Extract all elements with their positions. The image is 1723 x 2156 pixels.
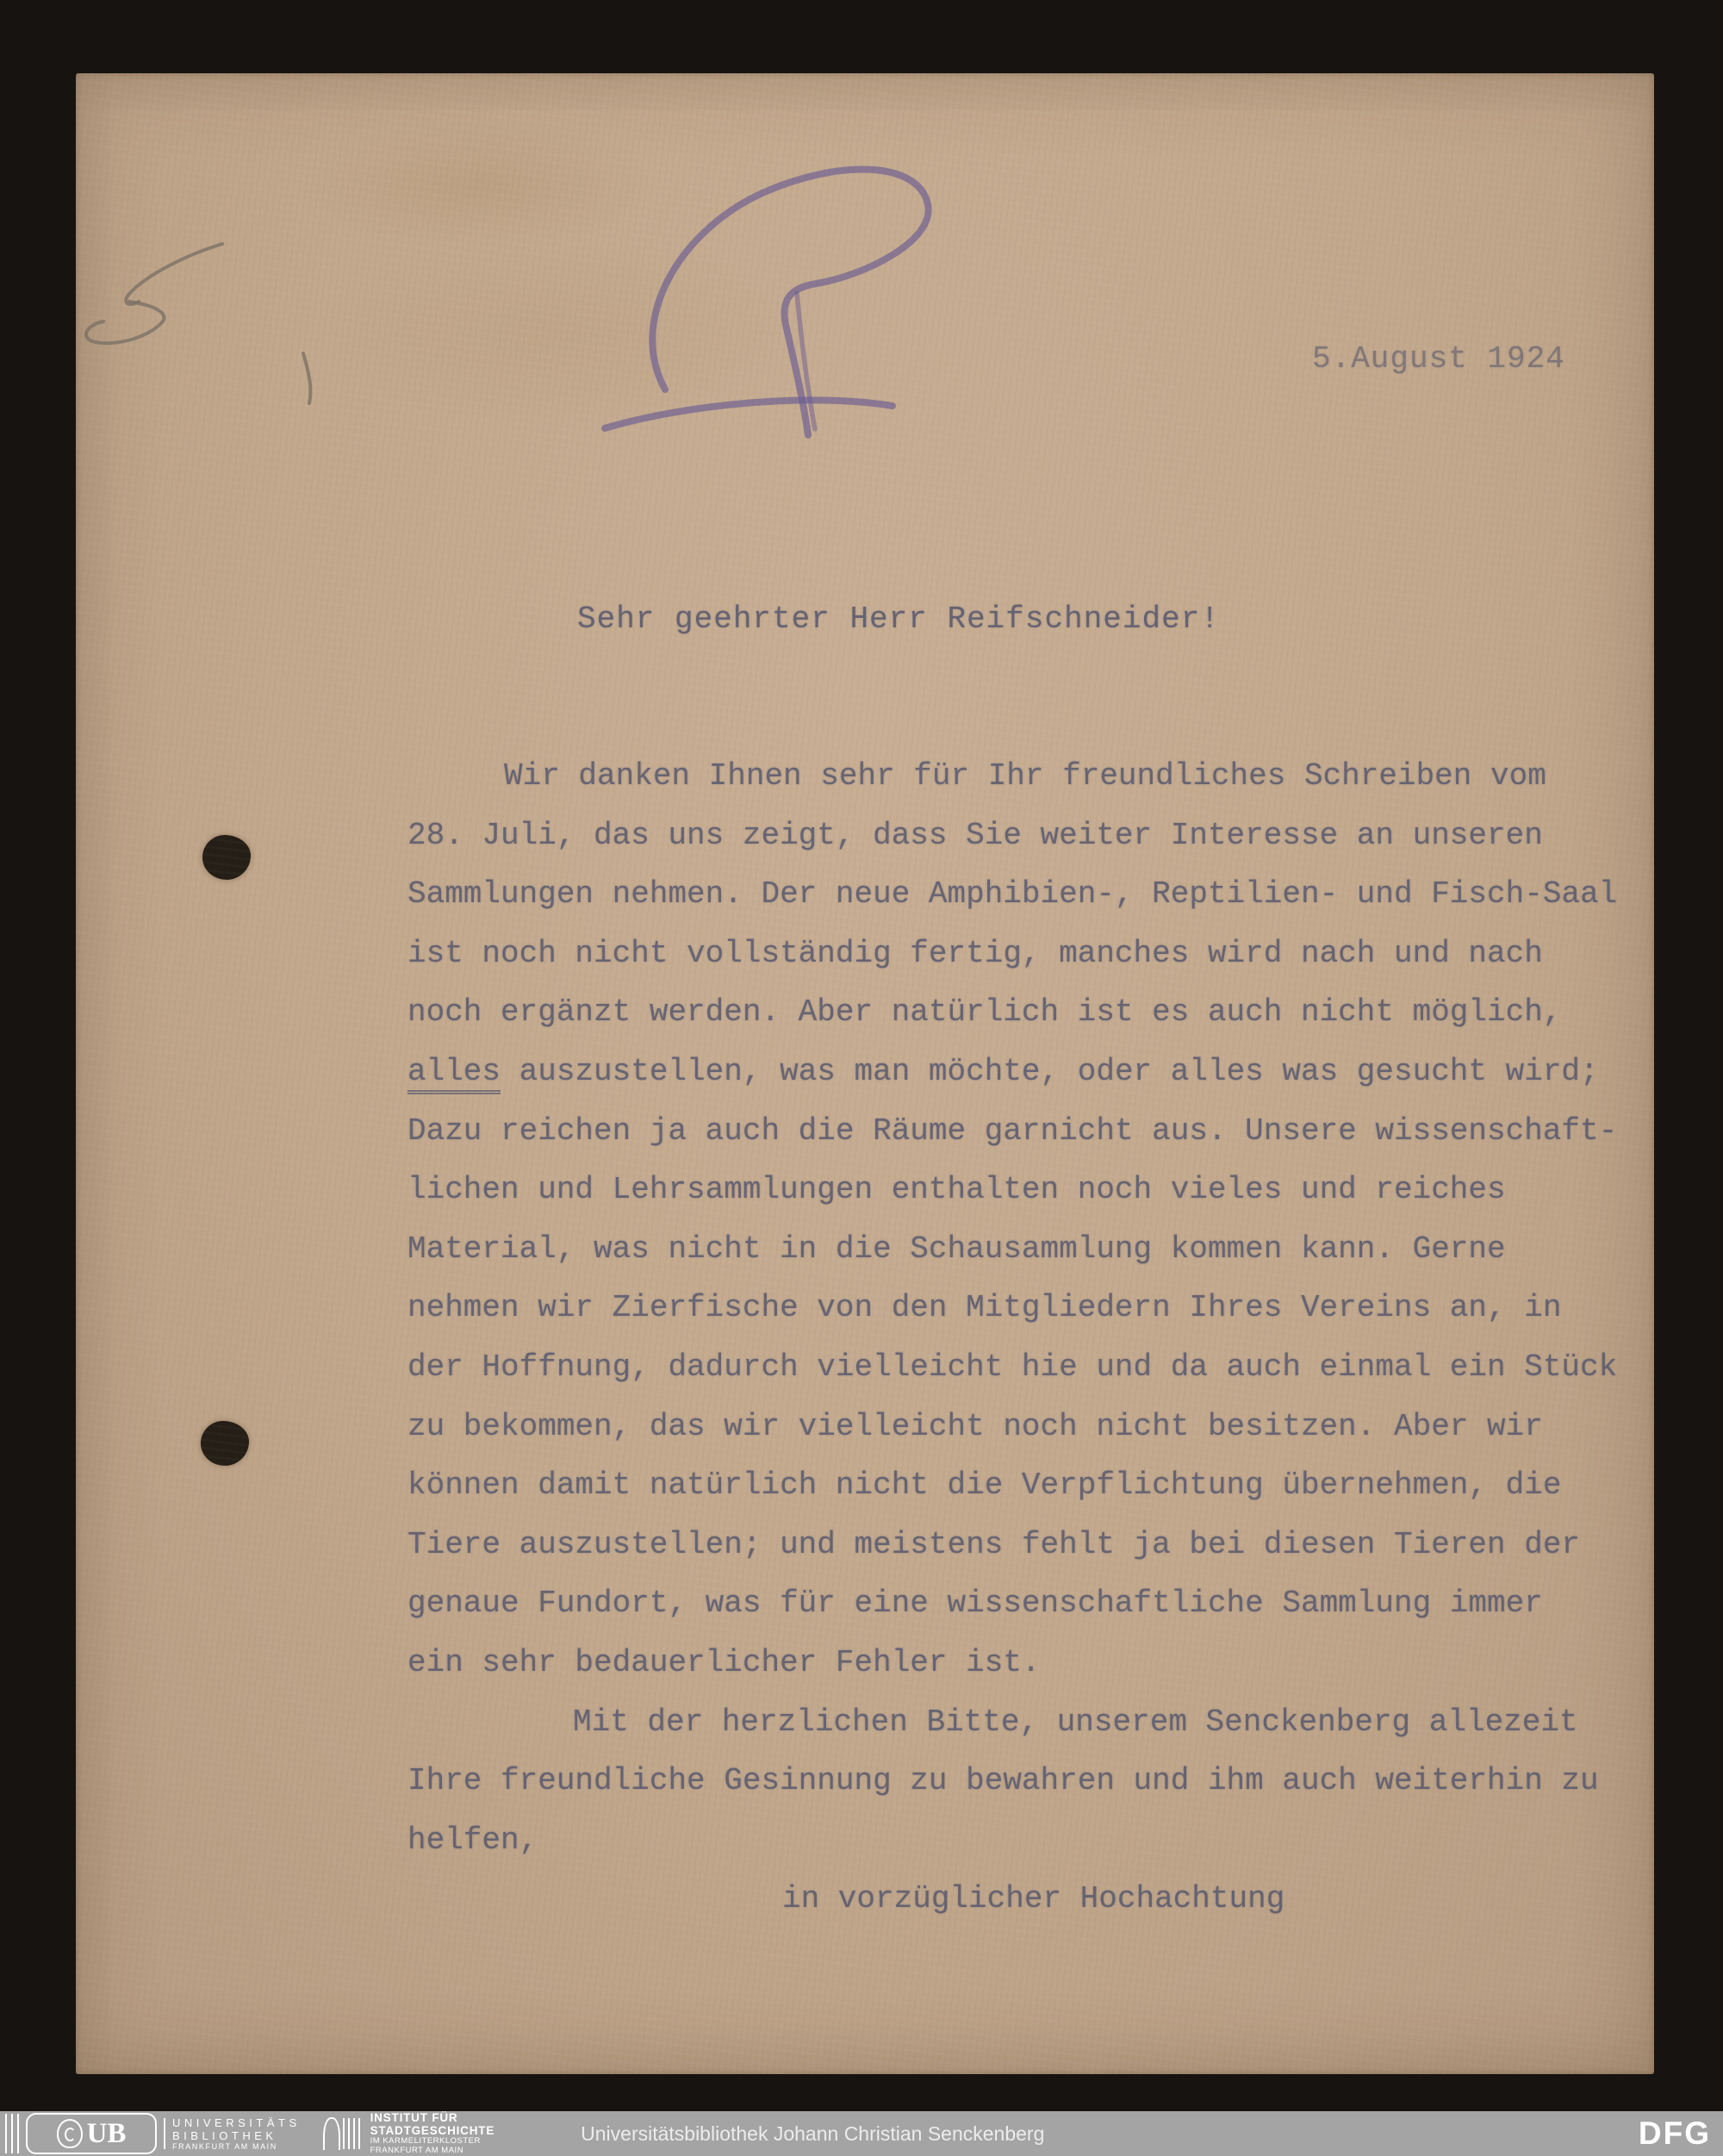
letter-line: der Hoffnung, dadurch vielleicht hie und…: [407, 1338, 1681, 1398]
ub-logo-abbr: UB: [87, 2120, 127, 2148]
library-credit-text: Universitätsbibliothek Johann Christian …: [581, 2122, 1044, 2146]
letter-line: Dazu reichen ja auch die Räume garnicht …: [407, 1102, 1681, 1162]
ub-logo-text: UNIVERSITÄTS BIBLIOTHEK FRANKFURT AM MAI…: [172, 2116, 301, 2152]
letter-line: genaue Fundort, was für eine wissenschaf…: [407, 1574, 1681, 1634]
ub-logo-line: BIBLIOTHEK: [172, 2129, 301, 2142]
scan-viewer: 5.August 1924 Sehr geehrter Herr Reifsch…: [0, 0, 1723, 2156]
underlined-word: alles: [407, 1054, 501, 1094]
ub-portrait-icon: [57, 2119, 83, 2148]
letter-line: lichen und Lehrsammlungen enthalten noch…: [407, 1161, 1681, 1220]
ub-logo-bars-icon: [5, 2114, 22, 2153]
isg-logo-line: STADTGESCHICHTE: [370, 2125, 495, 2138]
isg-logo-line: INSTITUT FÜR: [370, 2112, 495, 2125]
letter-line: zu bekommen, das wir vielleicht noch nic…: [407, 1398, 1681, 1457]
letter-line: noch ergänzt werden. Aber natürlich ist …: [407, 983, 1681, 1043]
punch-hole: [202, 835, 251, 880]
letter-line: Material, was nicht in die Schausammlung…: [407, 1220, 1681, 1280]
letter-body: Wir danken Ihnen sehr für Ihr freundlich…: [407, 747, 1681, 1929]
letter-line: nehmen wir Zierfische von den Mitglieder…: [407, 1279, 1681, 1338]
gothic-arch-icon: [323, 2117, 340, 2150]
letter-line: in vorzüglicher Hochachtung: [407, 1870, 1681, 1929]
isg-logo-line: FRANKFURT AM MAIN: [370, 2147, 495, 2156]
ub-logo-frame: UB: [26, 2113, 157, 2154]
ub-library-logo: UB UNIVERSITÄTS BIBLIOTHEK FRANKFURT AM …: [5, 2113, 301, 2154]
letter-line: Mit der herzlichen Bitte, unserem Sencke…: [407, 1693, 1681, 1753]
isg-logo-text: INSTITUT FÜR STADTGESCHICHTE IM KARMELIT…: [370, 2112, 495, 2155]
letter-line: alles auszustellen, was man möchte, oder…: [407, 1043, 1681, 1102]
letter-line: Ihre freundliche Gesinnung zu bewahren u…: [407, 1752, 1681, 1811]
punch-hole: [201, 1421, 249, 1466]
stadtgeschichte-institute-logo: INSTITUT FÜR STADTGESCHICHTE IM KARMELIT…: [323, 2112, 495, 2155]
letter-line: Wir danken Ihnen sehr für Ihr freundlich…: [407, 747, 1681, 807]
letter-line: Tiere auszustellen; und meistens fehlt j…: [407, 1516, 1681, 1575]
isg-logo-line: IM KARMELITERKLOSTER: [370, 2137, 495, 2147]
letter-line: ein sehr bedauerlicher Fehler ist.: [407, 1634, 1681, 1693]
letter-date: 5.August 1924: [1312, 341, 1565, 377]
ub-logo-line: FRANKFURT AM MAIN: [172, 2142, 301, 2152]
letter-line: Sammlungen nehmen. Der neue Amphibien-, …: [407, 865, 1681, 925]
arch-bars-icon: [343, 2118, 364, 2149]
footer-divider: [164, 2118, 165, 2149]
letter-salutation: Sehr geehrter Herr Reifschneider!: [577, 601, 1220, 637]
dfg-logo: DFG: [1639, 2115, 1711, 2152]
letter-line: 28. Juli, das uns zeigt, dass Sie weiter…: [407, 807, 1681, 866]
letter-line: ist noch nicht vollständig fertig, manch…: [407, 925, 1681, 984]
letter-line: helfen,: [407, 1811, 1681, 1871]
letter-line: können damit natürlich nicht die Verpfli…: [407, 1456, 1681, 1516]
ub-logo-line: UNIVERSITÄTS: [172, 2116, 301, 2129]
footer-bar: UB UNIVERSITÄTS BIBLIOTHEK FRANKFURT AM …: [0, 2111, 1723, 2156]
